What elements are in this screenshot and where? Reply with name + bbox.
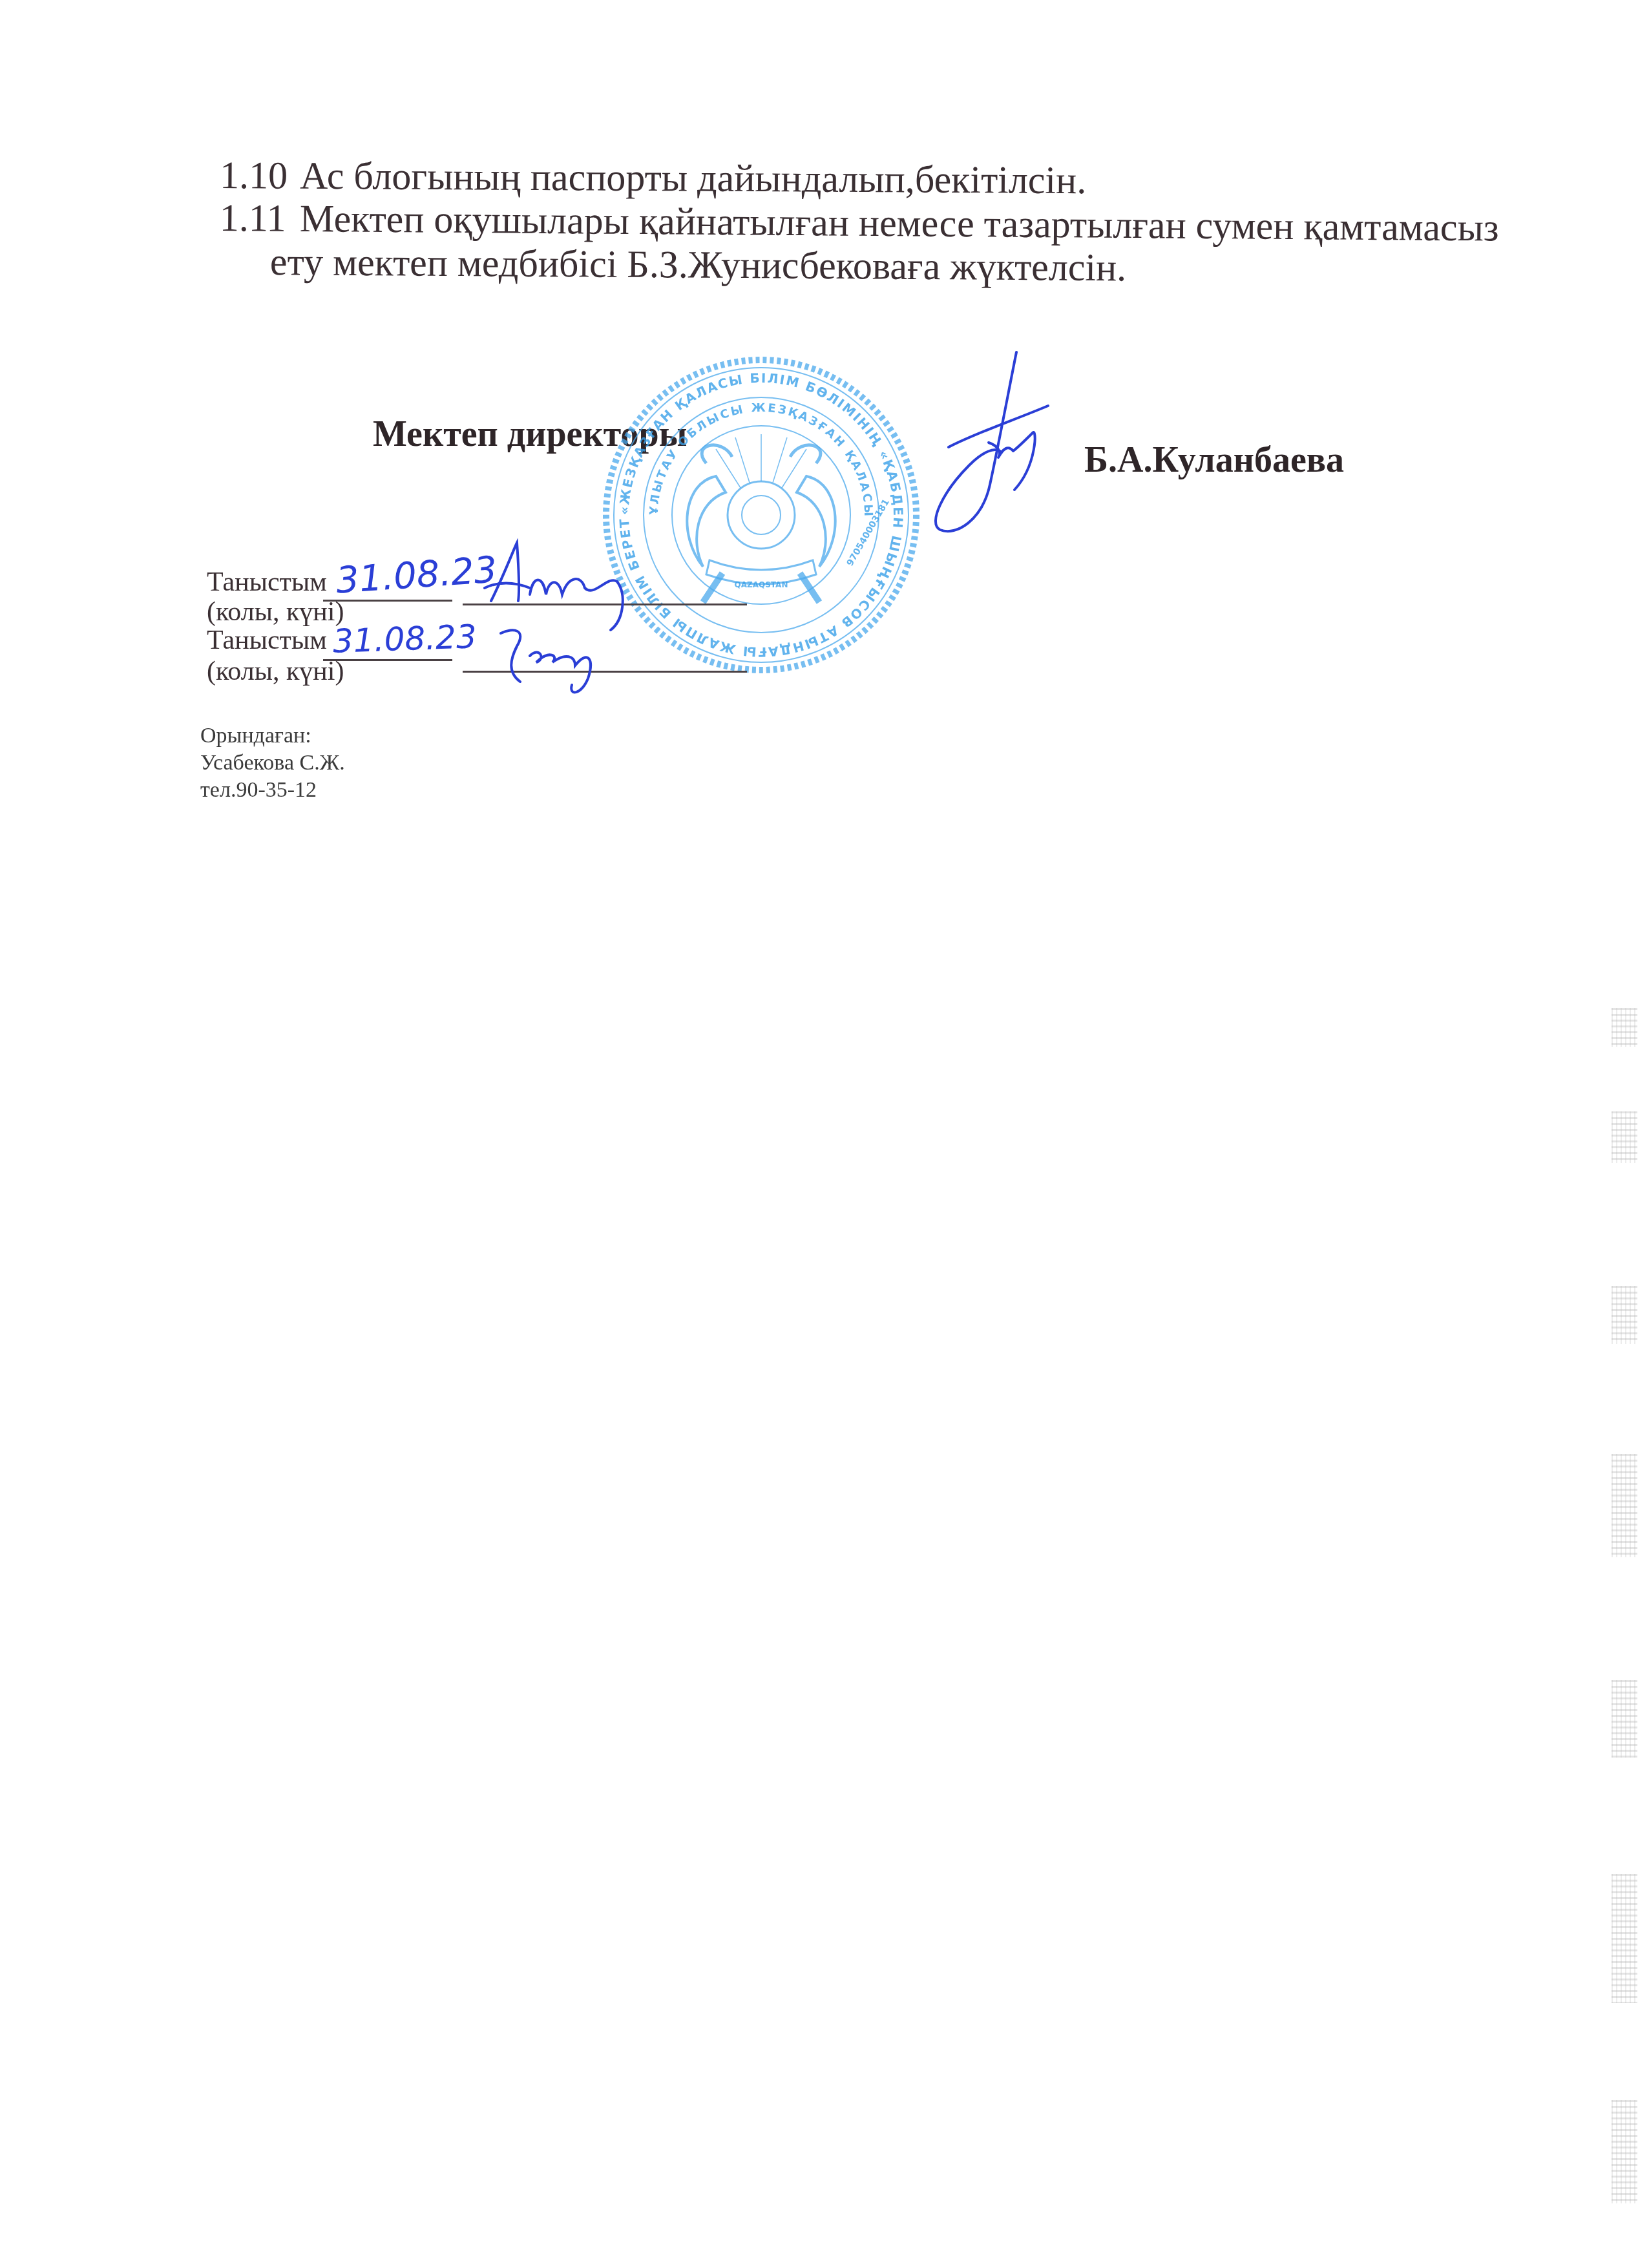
ack-sublabel: (колы, күні)	[207, 656, 344, 686]
scan-artifact	[1612, 2100, 1637, 2203]
document-page: 1.10Ас блогының паспорты дайындалып,бекі…	[0, 0, 1649, 2268]
scan-artifact	[1612, 1111, 1637, 1163]
ack-signature-icon	[491, 620, 620, 698]
scan-artifact	[1612, 1008, 1637, 1047]
ack-handwritten-date: 31.08.23	[332, 618, 478, 660]
list-item-continuation: ету мектеп медбибісі Б.З.Жунисбековаға ж…	[270, 240, 1127, 289]
executor-label: Орындаған:	[200, 722, 311, 750]
executor-name: Усабекова С.Ж.	[200, 750, 345, 777]
ack-label: Таныстым	[207, 567, 327, 597]
ack-signature-icon	[478, 536, 646, 633]
scan-artifact	[1612, 1680, 1637, 1758]
director-name: Б.А.Куланбаева	[1084, 439, 1344, 481]
item-number: 1.11	[220, 196, 300, 240]
ack-handwritten-date: 31.08.23	[335, 549, 498, 602]
scan-artifact	[1612, 1286, 1637, 1344]
item-number: 1.10	[220, 154, 300, 197]
ack-sublabel: (колы, күні)	[207, 597, 344, 627]
executor-phone: тел.90-35-12	[200, 777, 317, 804]
item-text: Ас блогының паспорты дайындалып,бекітілс…	[300, 154, 1087, 202]
list-item: 1.10Ас блогының паспорты дайындалып,бекі…	[220, 154, 1087, 202]
scan-artifact	[1612, 1874, 1637, 2003]
ack-label: Таныстым	[207, 625, 327, 655]
stamp-emblem-caption: QAZAQSTAN	[735, 580, 788, 589]
scan-artifact	[1612, 1454, 1637, 1557]
